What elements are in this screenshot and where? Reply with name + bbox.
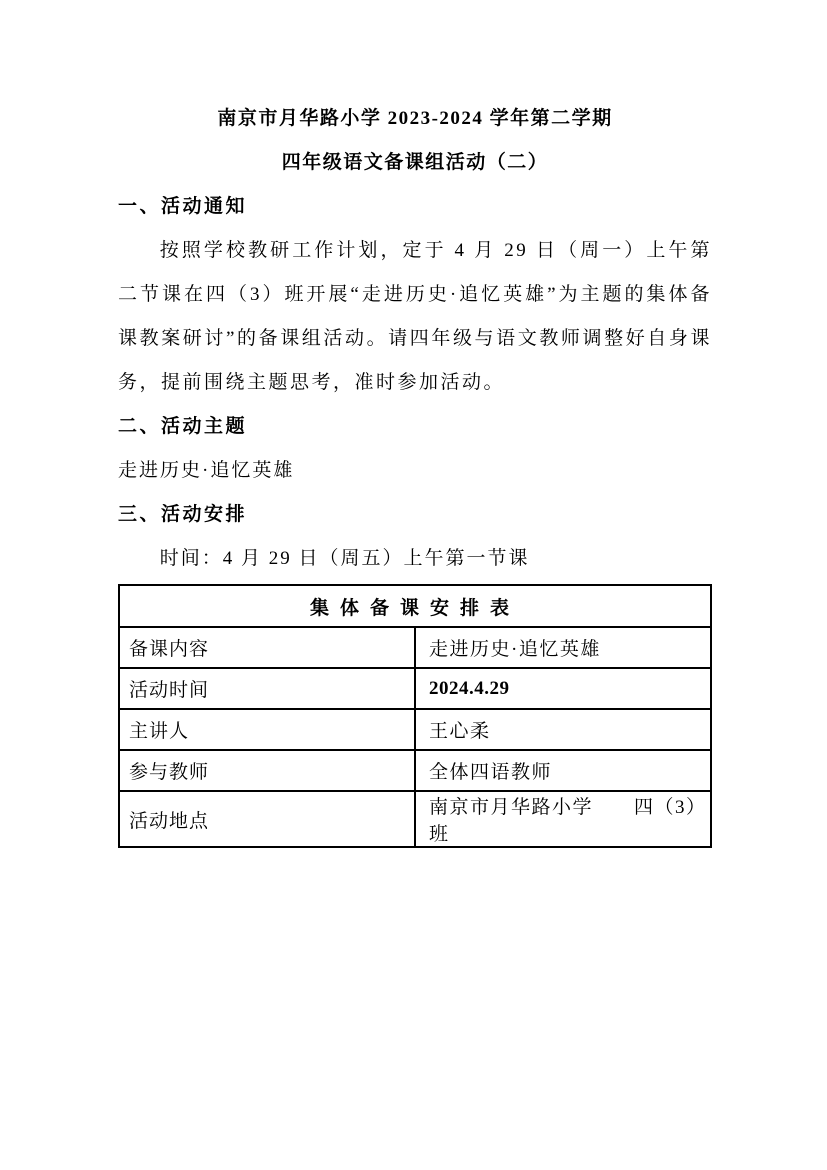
section-2-heading: 二、活动主题 (118, 405, 712, 449)
table-row: 参与教师 全体四语教师 (119, 750, 711, 791)
document-page: 南京市月华路小学 2023-2024 学年第二学期 四年级语文备课组活动（二） … (0, 0, 827, 1170)
table-row: 活动地点 南京市月华路小学 四（3）班 (119, 791, 711, 847)
doc-title: 南京市月华路小学 2023-2024 学年第二学期 (118, 97, 712, 141)
row-value-participants: 全体四语教师 (415, 750, 711, 791)
row-value-speaker: 王心柔 (415, 709, 711, 750)
row-label-location: 活动地点 (119, 791, 415, 847)
activity-time-text: 时间：4 月 29 日（周五）上午第一节课 (118, 537, 712, 581)
notice-paragraph: 按照学校教研工作计划，定于 4 月 29 日（周一）上午第二节课在四（3）班开展… (118, 229, 712, 405)
row-label-activity-time: 活动时间 (119, 668, 415, 709)
table-row: 主讲人 王心柔 (119, 709, 711, 750)
schedule-table: 集体备课安排表 备课内容 走进历史·追忆英雄 活动时间 2024.4.29 主讲… (118, 584, 712, 848)
row-label-speaker: 主讲人 (119, 709, 415, 750)
row-label-prep-content: 备课内容 (119, 627, 415, 668)
row-value-activity-time: 2024.4.29 (415, 668, 711, 709)
row-value-location: 南京市月华路小学 四（3）班 (415, 791, 711, 847)
table-row: 备课内容 走进历史·追忆英雄 (119, 627, 711, 668)
activity-theme-text: 走进历史·追忆英雄 (118, 449, 712, 493)
row-label-participants: 参与教师 (119, 750, 415, 791)
table-row: 活动时间 2024.4.29 (119, 668, 711, 709)
row-value-prep-content: 走进历史·追忆英雄 (415, 627, 711, 668)
section-1-heading: 一、活动通知 (118, 185, 712, 229)
table-title: 集体备课安排表 (119, 585, 711, 627)
doc-subtitle: 四年级语文备课组活动（二） (118, 141, 712, 185)
section-3-heading: 三、活动安排 (118, 493, 712, 537)
table-title-row: 集体备课安排表 (119, 585, 711, 627)
